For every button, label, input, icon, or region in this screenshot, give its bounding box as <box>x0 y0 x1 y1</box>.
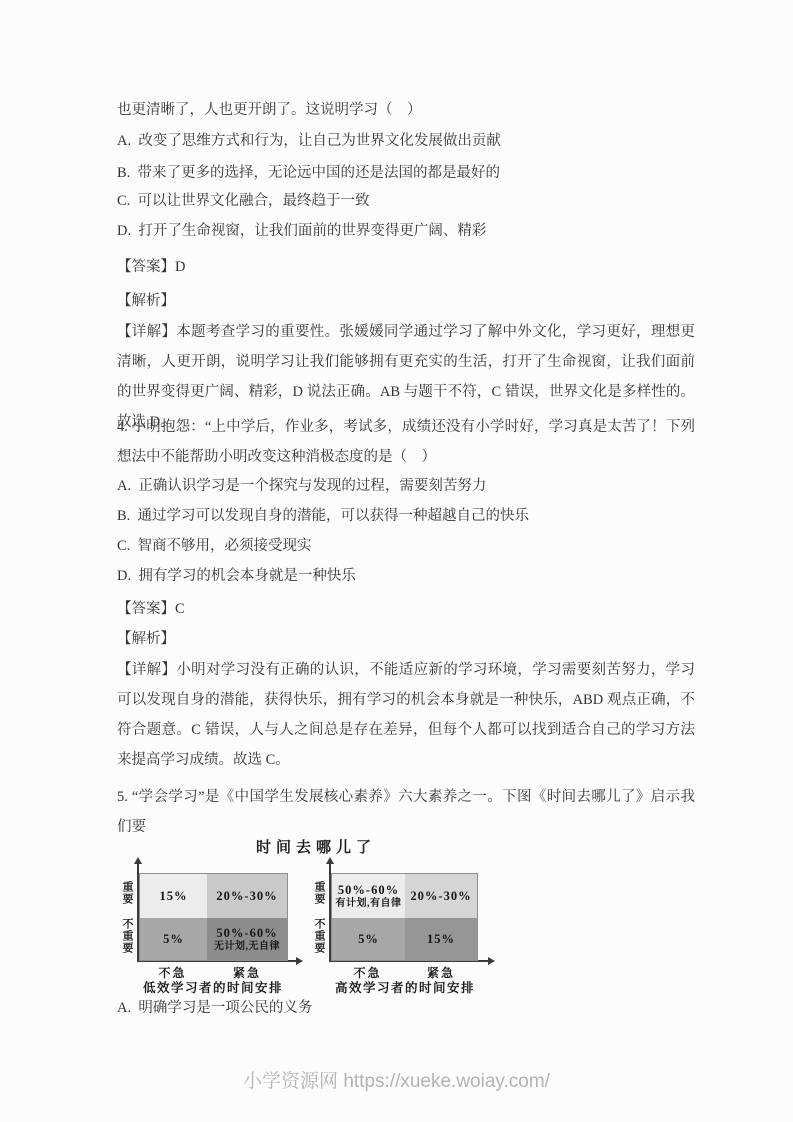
left-quadrant-plot: 15% 20%-30% 5% 50%-60% 无计划,无自律 <box>139 873 288 961</box>
q4-detail-paragraph: 【详解】小明对学习没有正确的认识，不能适应新的学习环境，学习需要刻苦努力，学习可… <box>117 655 695 775</box>
q3-stem-tail: 也更清晰了，人也更开朗了。这说明学习（ ） <box>117 100 695 120</box>
left-chart-caption: 低效学习者的时间安排 <box>130 978 296 996</box>
left-ylabel-not-important: 不重要 <box>120 918 133 954</box>
q4-option-a: A. 正确认识学习是一个探究与发现的过程，需要刻苦努力 <box>117 476 695 496</box>
right-cell-important-urgent: 20%-30% <box>405 874 477 918</box>
exam-document-page: 也更清晰了，人也更开朗了。这说明学习（ ） A. 改变了思维方式和行为，让自己为… <box>0 0 793 1122</box>
right-cell-notimportant-urgent: 15% <box>405 918 477 960</box>
right-chart-caption: 高效学习者的时间安排 <box>322 978 488 996</box>
q4-option-c: C. 智商不够用，必须接受现实 <box>117 536 695 556</box>
q3-answer-line: 【答案】D <box>117 257 695 277</box>
q4-analysis-label: 【解析】 <box>117 629 695 649</box>
q5-option-a: A. 明确学习是一项公民的义务 <box>117 998 695 1018</box>
left-cell-notimportant-urgent: 50%-60% 无计划,无自律 <box>207 918 287 960</box>
figure-title: 时间去哪儿了 <box>118 836 514 857</box>
time-quadrant-figure: 时间去哪儿了 重要 不重要 15% 20%-30% 5% 50%-60% 无计划… <box>118 836 514 998</box>
q3-option-c: C. 可以让世界文化融合，最终趋于一致 <box>117 191 695 211</box>
right-x-axis-arrow-icon <box>488 957 495 965</box>
right-cell-notimportant-noturgent: 5% <box>332 918 405 960</box>
left-ylabel-important: 重要 <box>120 881 133 905</box>
q4-answer-line: 【答案】C <box>117 599 695 619</box>
q3-option-a: A. 改变了思维方式和行为，让自己为世界文化发展做出贡献 <box>117 131 695 151</box>
right-ylabel-important: 重要 <box>312 881 325 905</box>
q5-stem: 5. “学会学习”是《中国学生发展核心素养》六大素养之一。下图《时间去哪儿了》启… <box>117 782 695 842</box>
q4-option-d: D. 拥有学习的机会本身就是一种快乐 <box>117 566 695 586</box>
right-quadrant-plot: 50%-60% 有计划,有自律 20%-30% 5% 15% <box>331 873 478 961</box>
left-cell-notimportant-noturgent: 5% <box>140 918 207 960</box>
left-cell-important-noturgent: 15% <box>140 874 207 918</box>
site-watermark: 小学资源网 https://xueke.woiay.com/ <box>0 1066 793 1093</box>
left-cell-important-urgent: 20%-30% <box>207 874 287 918</box>
q3-option-d: D. 打开了生命视窗，让我们面前的世界变得更广阔、精彩 <box>117 221 695 241</box>
q4-stem: 4. 小明抱怨：“上中学后，作业多，考试多，成绩还没有小学时好，学习真是太苦了！… <box>117 412 695 472</box>
right-cell-important-noturgent: 50%-60% 有计划,有自律 <box>332 874 405 918</box>
q4-option-b: B. 通过学习可以发现自身的潜能，可以获得一种超越自己的快乐 <box>117 506 695 526</box>
q3-option-b: B. 带来了更多的选择，无论远中国的还是法国的都是最好的 <box>117 163 695 183</box>
right-ylabel-not-important: 不重要 <box>312 918 325 954</box>
q3-analysis-label: 【解析】 <box>117 291 695 311</box>
left-x-axis-arrow-icon <box>296 957 303 965</box>
